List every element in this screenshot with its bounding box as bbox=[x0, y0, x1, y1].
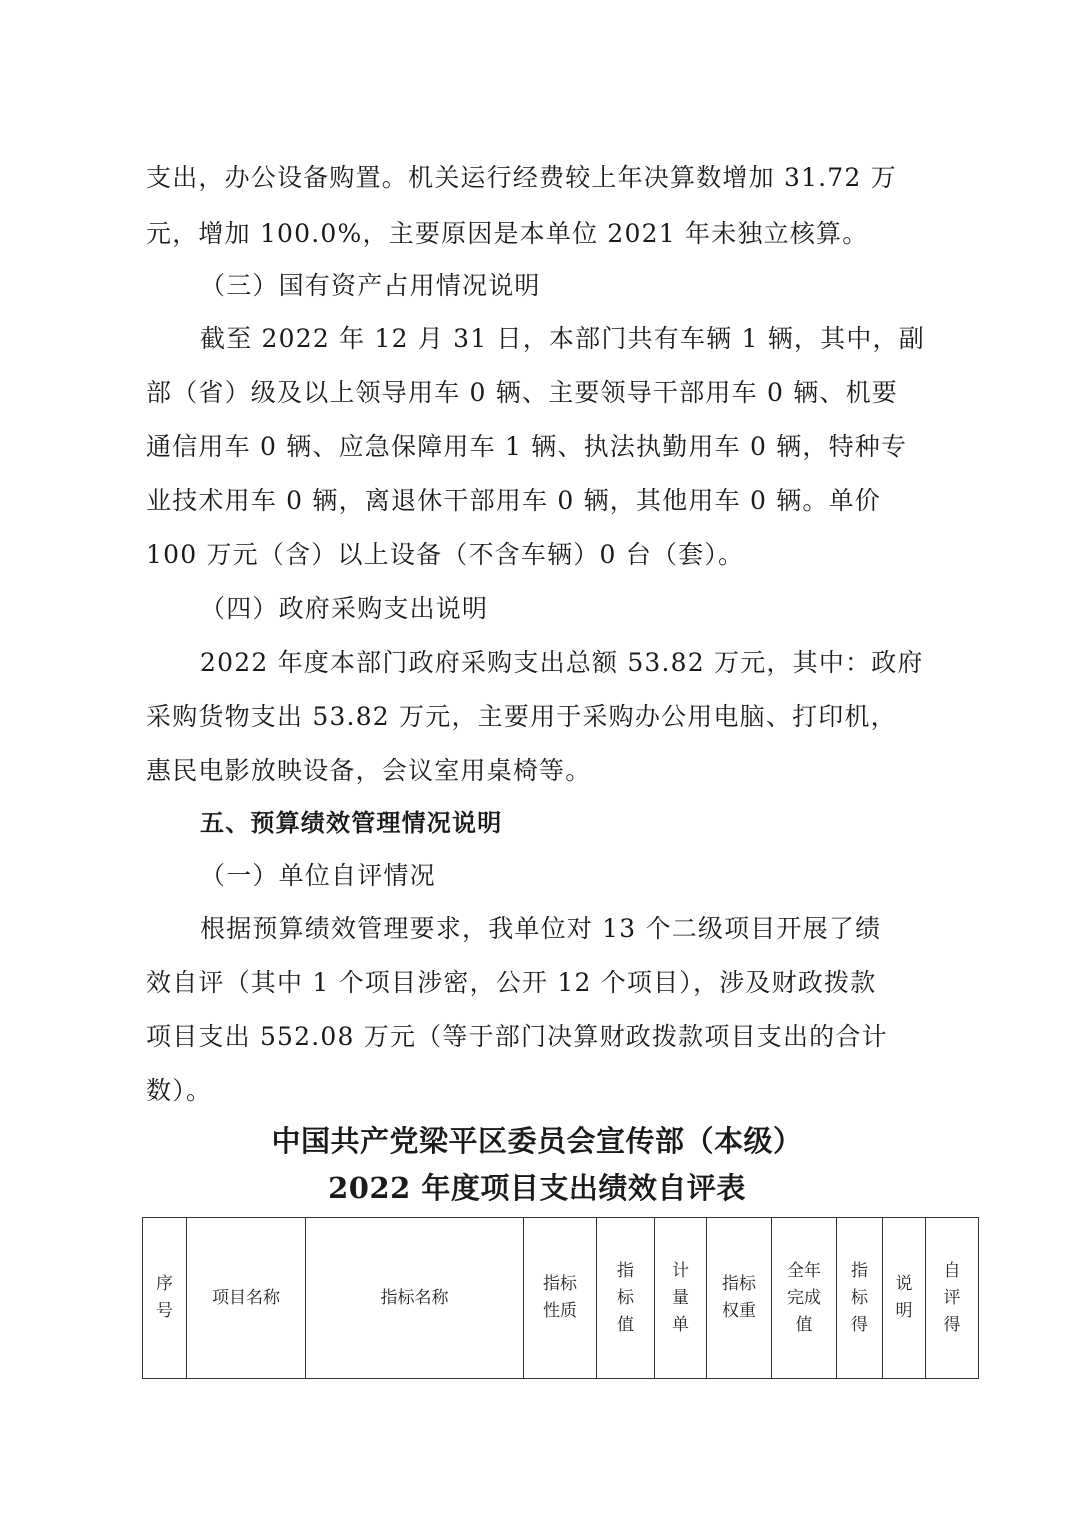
paragraph-line: 业技术用车 0 辆，离退休干部用车 0 辆，其他用车 0 辆。单价 bbox=[146, 486, 881, 516]
paragraph-line: 截至 2022 年 12 月 31 日，本部门共有车辆 1 辆，其中，副 bbox=[200, 324, 925, 354]
header-annual-completion: 全年完成值 bbox=[772, 1218, 837, 1379]
header-serial-number: 序号 bbox=[143, 1218, 187, 1379]
paragraph-line: 采购货物支出 53.82 万元，主要用于采购办公用电脑、打印机， bbox=[146, 702, 897, 732]
table-header-row: 序号 项目名称 指标名称 指标性质 指标值 计量单 指标权重 全年完成值 指标得… bbox=[143, 1218, 979, 1379]
header-indicator-score: 指标得 bbox=[837, 1218, 883, 1379]
paragraph-line: 100 万元（含）以上设备（不含车辆）0 台（套）。 bbox=[146, 540, 744, 570]
self-evaluation-table: 序号 项目名称 指标名称 指标性质 指标值 计量单 指标权重 全年完成值 指标得… bbox=[142, 1217, 979, 1379]
paragraph-line: 根据预算绩效管理要求，我单位对 13 个二级项目开展了绩 bbox=[200, 914, 881, 944]
header-indicator-value: 指标值 bbox=[597, 1218, 655, 1379]
paragraph-line: 元，增加 100.0%，主要原因是本单位 2021 年未独立核算。 bbox=[146, 219, 868, 249]
paragraph-line: 项目支出 552.08 万元（等于部门决算财政拨款项目支出的合计 bbox=[146, 1022, 888, 1052]
paragraph-line: 部（省）级及以上领导用车 0 辆、主要领导干部用车 0 辆、机要 bbox=[146, 378, 898, 408]
paragraph-line: 通信用车 0 辆、应急保障用车 1 辆、执法执勤用车 0 辆，特种专 bbox=[146, 432, 907, 462]
header-indicator-weight: 指标权重 bbox=[707, 1218, 772, 1379]
header-self-score: 自评得 bbox=[926, 1218, 979, 1379]
paragraph-line: 支出，办公设备购置。机关运行经费较上年决算数增加 31.72 万 bbox=[146, 163, 897, 193]
table-title-line2: 2022 年度项目支出绩效自评表 bbox=[0, 1170, 1074, 1206]
section-heading-assets: （三）国有资产占用情况说明 bbox=[200, 271, 541, 301]
paragraph-line: 2022 年度本部门政府采购支出总额 53.82 万元，其中：政府 bbox=[200, 648, 924, 678]
section-heading-procurement: （四）政府采购支出说明 bbox=[200, 594, 488, 624]
header-project-name: 项目名称 bbox=[187, 1218, 306, 1379]
header-unit: 计量单 bbox=[655, 1218, 707, 1379]
table-title-line1: 中国共产党梁平区委员会宣传部（本级） bbox=[0, 1123, 1074, 1159]
paragraph-line: 效自评（其中 1 个项目涉密，公开 12 个项目），涉及财政拨款 bbox=[146, 968, 876, 998]
paragraph-line: 数）。 bbox=[146, 1076, 212, 1106]
header-indicator-name: 指标名称 bbox=[306, 1218, 524, 1379]
subsection-heading-self-eval: （一）单位自评情况 bbox=[200, 861, 436, 891]
header-remarks: 说明 bbox=[883, 1218, 926, 1379]
paragraph-line: 惠民电影放映设备，会议室用桌椅等。 bbox=[146, 756, 591, 786]
section-heading-performance: 五、预算绩效管理情况说明 bbox=[200, 808, 502, 838]
header-indicator-nature: 指标性质 bbox=[524, 1218, 597, 1379]
